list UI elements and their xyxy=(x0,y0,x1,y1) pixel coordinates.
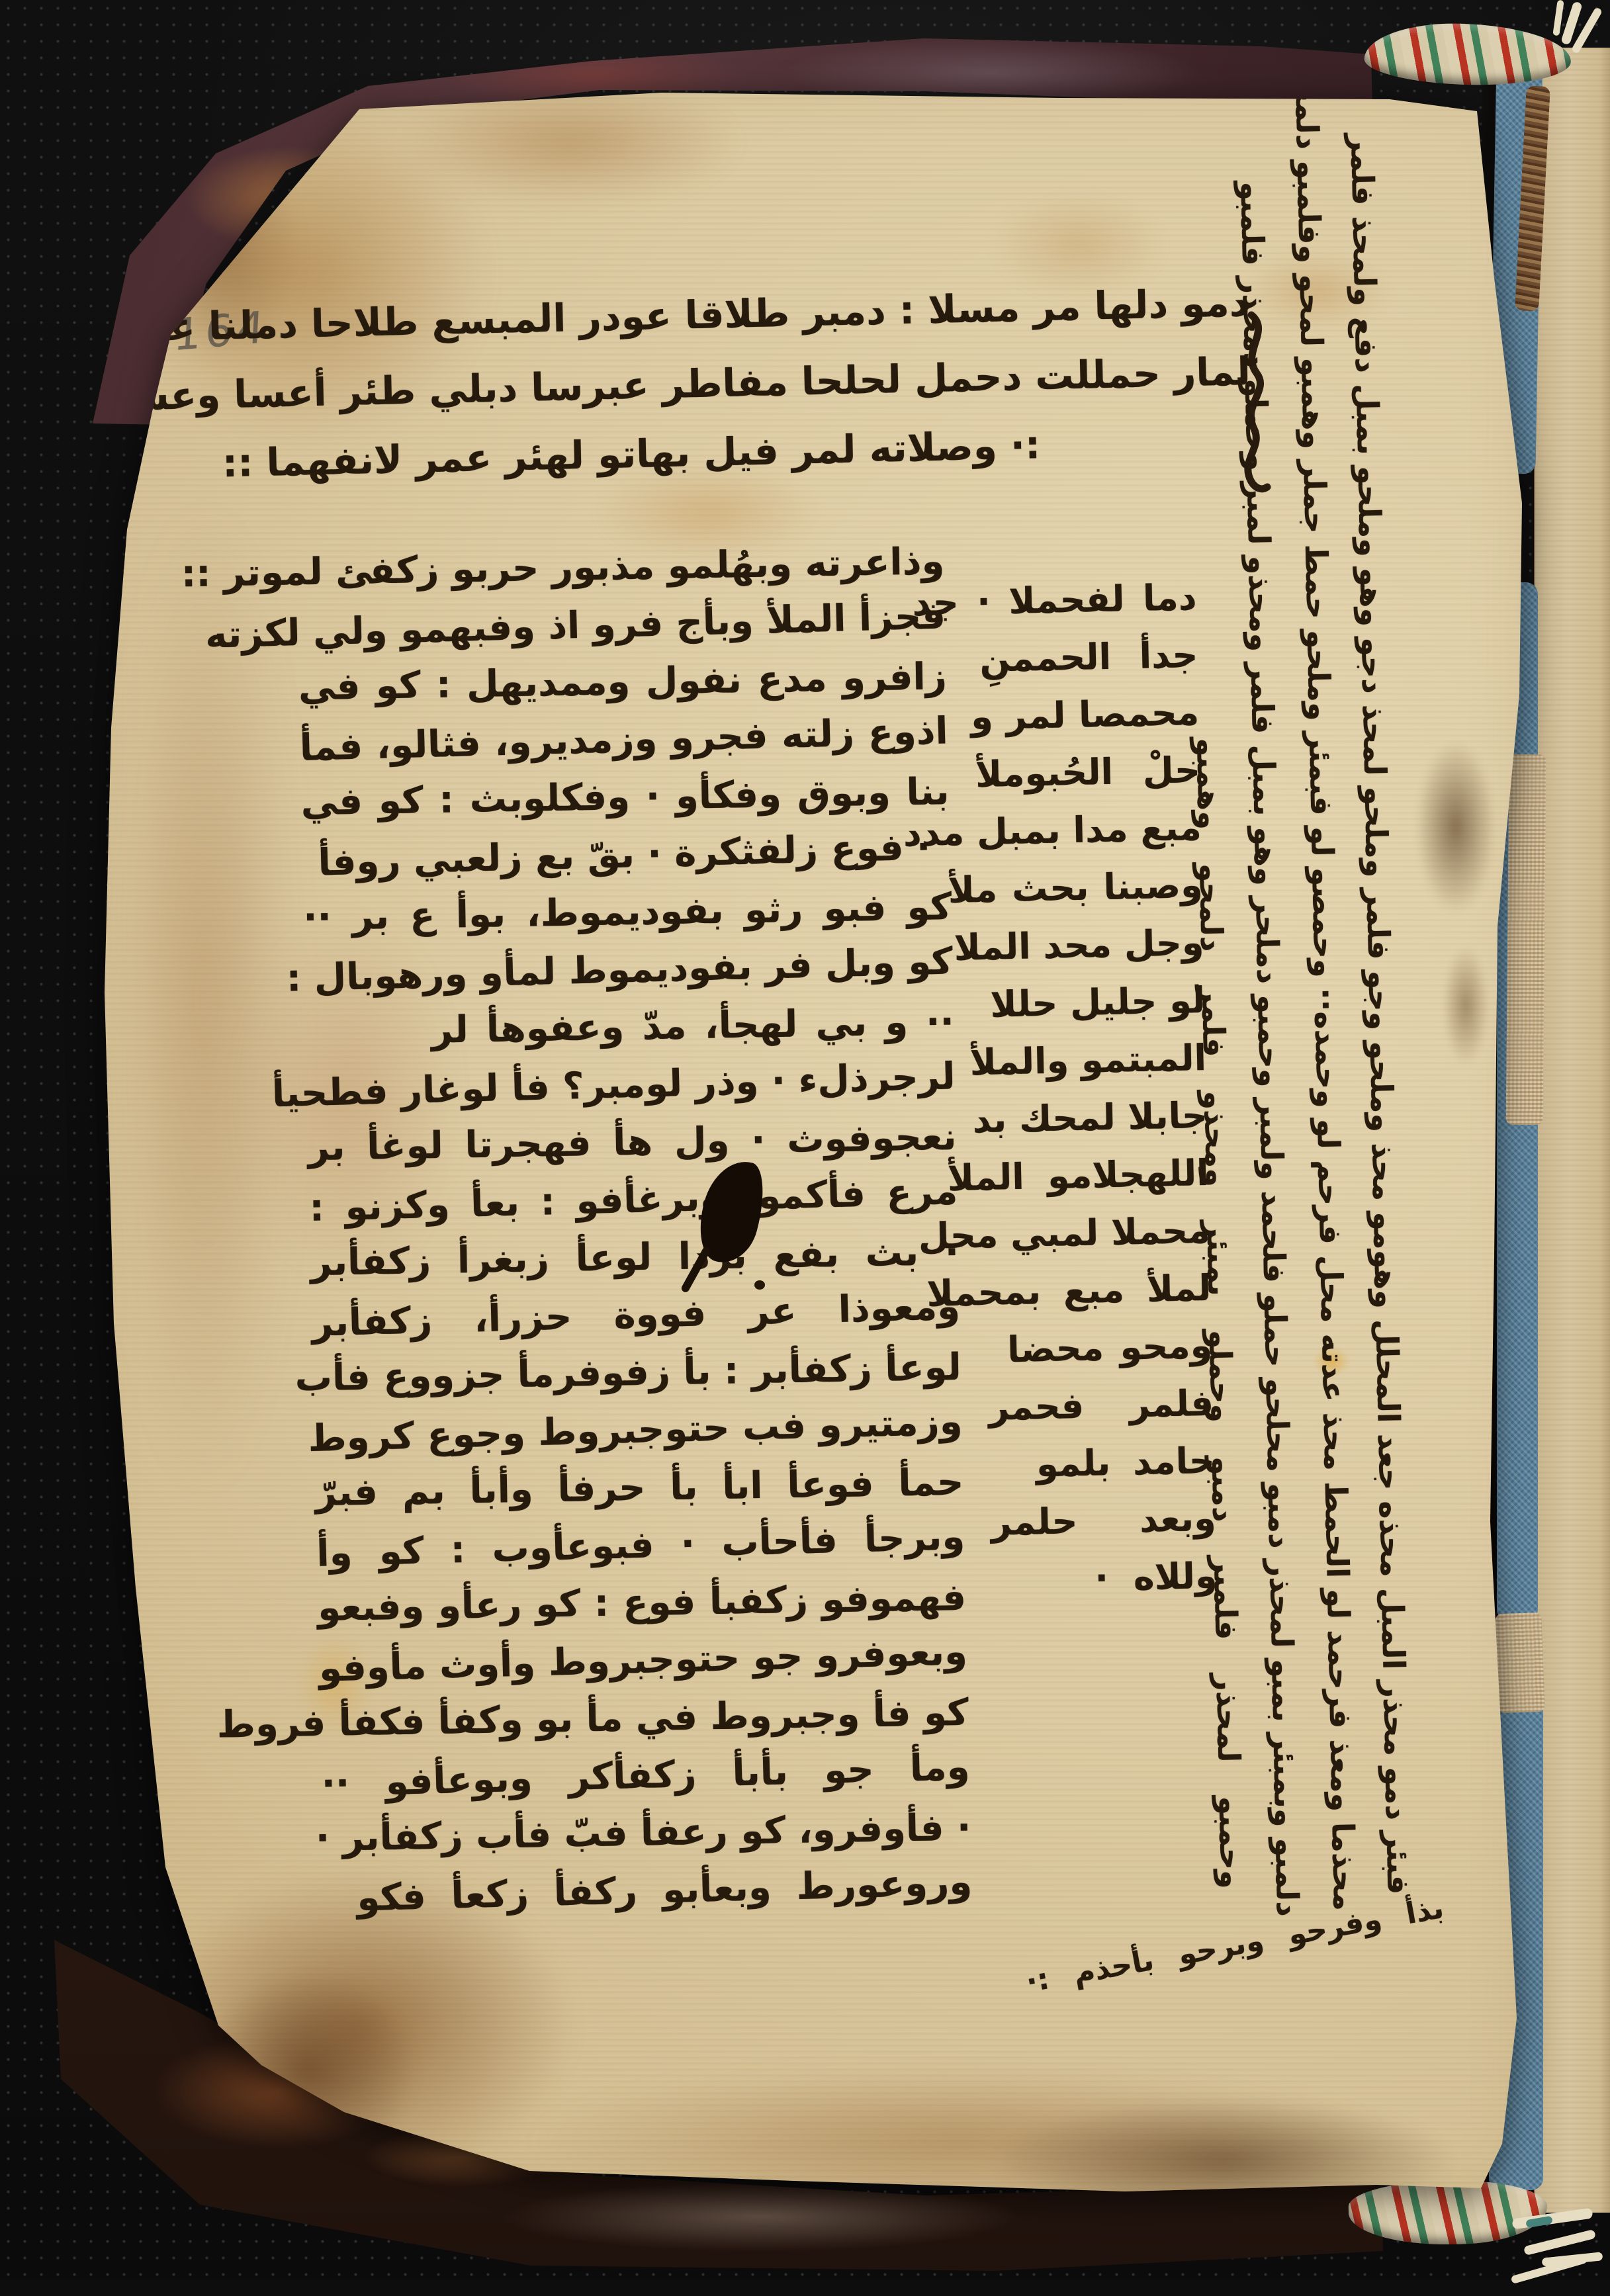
page: 164 دمو دلها مر مسلا : دمبر طلاقا عودر ا… xyxy=(0,0,1610,2279)
text-layer: وذاعرته وبهُلمو مذبور حربو زكفئ لموتر ::… xyxy=(0,0,1610,2279)
margin-note-vertical: وحمبو لمحذر فلمبر دمبو وحملو بمبئر ومحذو… xyxy=(1187,737,1252,1889)
ink-blot xyxy=(754,1280,765,1290)
manuscript-photo: 164 دمو دلها مر مسلا : دمبر طلاقا عودر ا… xyxy=(0,0,1610,2279)
page-wrap: 164 دمو دلها مر مسلا : دمبر طلاقا عودر ا… xyxy=(0,0,1610,2279)
